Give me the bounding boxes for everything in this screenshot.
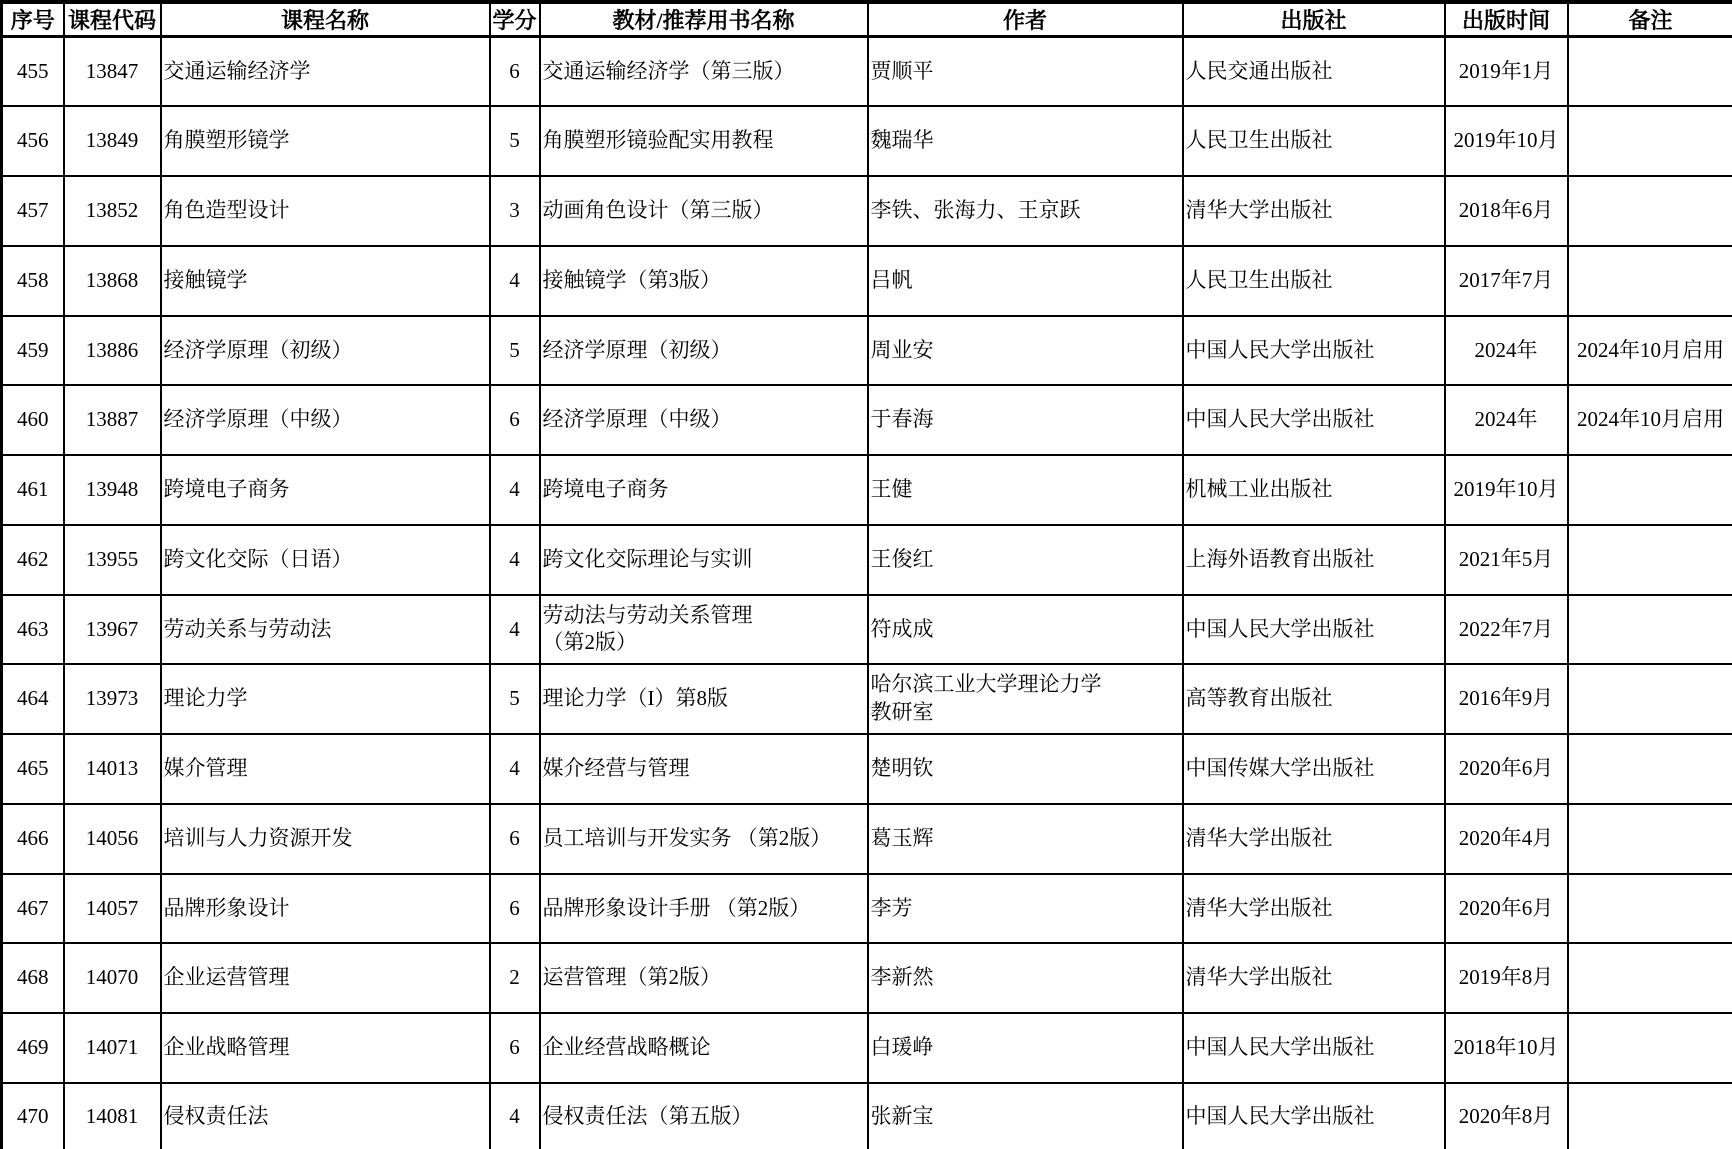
cell-textbook: 经济学原理（初级） bbox=[540, 316, 868, 386]
cell-code: 14081 bbox=[64, 1083, 161, 1149]
cell-no: 467 bbox=[2, 874, 64, 944]
cell-date: 2018年6月 bbox=[1445, 176, 1568, 246]
cell-no: 461 bbox=[2, 455, 64, 525]
cell-remark bbox=[1568, 106, 1732, 176]
cell-author: 白瑗峥 bbox=[868, 1013, 1183, 1083]
cell-no: 459 bbox=[2, 316, 64, 386]
cell-code: 13955 bbox=[64, 525, 161, 595]
textbook-table: 序号 课程代码 课程名称 学分 教材/推荐用书名称 作者 出版社 出版时间 备注… bbox=[0, 0, 1732, 1149]
cell-author: 周业安 bbox=[868, 316, 1183, 386]
table-header-row: 序号 课程代码 课程名称 学分 教材/推荐用书名称 作者 出版社 出版时间 备注 bbox=[2, 2, 1732, 37]
cell-remark bbox=[1568, 37, 1732, 107]
table-row: 46814070企业运营管理2运营管理（第2版）李新然清华大学出版社2019年8… bbox=[2, 943, 1732, 1013]
cell-remark: 2024年10月启用 bbox=[1568, 316, 1732, 386]
cell-date: 2019年8月 bbox=[1445, 943, 1568, 1013]
cell-publisher: 上海外语教育出版社 bbox=[1183, 525, 1445, 595]
cell-remark bbox=[1568, 1083, 1732, 1149]
cell-textbook: 侵权责任法（第五版） bbox=[540, 1083, 868, 1149]
cell-publisher: 中国人民大学出版社 bbox=[1183, 316, 1445, 386]
cell-textbook: 跨境电子商务 bbox=[540, 455, 868, 525]
cell-date: 2020年6月 bbox=[1445, 734, 1568, 804]
cell-remark bbox=[1568, 804, 1732, 874]
cell-remark: 2024年10月启用 bbox=[1568, 385, 1732, 455]
cell-code: 13868 bbox=[64, 246, 161, 316]
cell-date: 2017年7月 bbox=[1445, 246, 1568, 316]
cell-no: 458 bbox=[2, 246, 64, 316]
cell-author: 李芳 bbox=[868, 874, 1183, 944]
cell-code: 13967 bbox=[64, 595, 161, 665]
cell-course: 培训与人力资源开发 bbox=[161, 804, 490, 874]
cell-textbook: 理论力学（I）第8版 bbox=[540, 664, 868, 734]
cell-course: 角膜塑形镜学 bbox=[161, 106, 490, 176]
cell-publisher: 清华大学出版社 bbox=[1183, 176, 1445, 246]
cell-code: 14013 bbox=[64, 734, 161, 804]
cell-textbook: 动画角色设计（第三版） bbox=[540, 176, 868, 246]
cell-course: 角色造型设计 bbox=[161, 176, 490, 246]
cell-code: 13849 bbox=[64, 106, 161, 176]
cell-credits: 4 bbox=[490, 246, 540, 316]
cell-code: 13852 bbox=[64, 176, 161, 246]
table-row: 45513847交通运输经济学6交通运输经济学（第三版）贾顺平人民交通出版社20… bbox=[2, 37, 1732, 107]
table-body: 45513847交通运输经济学6交通运输经济学（第三版）贾顺平人民交通出版社20… bbox=[2, 37, 1732, 1149]
cell-no: 470 bbox=[2, 1083, 64, 1149]
cell-course: 劳动关系与劳动法 bbox=[161, 595, 490, 665]
cell-credits: 4 bbox=[490, 734, 540, 804]
cell-date: 2020年6月 bbox=[1445, 874, 1568, 944]
cell-author: 符成成 bbox=[868, 595, 1183, 665]
table-row: 46213955跨文化交际（日语）4跨文化交际理论与实训王俊红上海外语教育出版社… bbox=[2, 525, 1732, 595]
cell-author: 王健 bbox=[868, 455, 1183, 525]
cell-date: 2021年5月 bbox=[1445, 525, 1568, 595]
col-header-credits: 学分 bbox=[490, 2, 540, 37]
cell-remark bbox=[1568, 874, 1732, 944]
cell-no: 460 bbox=[2, 385, 64, 455]
cell-date: 2024年 bbox=[1445, 316, 1568, 386]
cell-author: 李铁、张海力、王京跃 bbox=[868, 176, 1183, 246]
cell-textbook: 接触镜学（第3版） bbox=[540, 246, 868, 316]
cell-no: 464 bbox=[2, 664, 64, 734]
col-header-date: 出版时间 bbox=[1445, 2, 1568, 37]
cell-course: 媒介管理 bbox=[161, 734, 490, 804]
table-row: 45813868接触镜学4接触镜学（第3版）吕帆人民卫生出版社2017年7月 bbox=[2, 246, 1732, 316]
cell-author: 于春海 bbox=[868, 385, 1183, 455]
cell-remark bbox=[1568, 455, 1732, 525]
cell-credits: 6 bbox=[490, 874, 540, 944]
cell-textbook: 角膜塑形镜验配实用教程 bbox=[540, 106, 868, 176]
col-header-code: 课程代码 bbox=[64, 2, 161, 37]
cell-no: 468 bbox=[2, 943, 64, 1013]
cell-textbook: 交通运输经济学（第三版） bbox=[540, 37, 868, 107]
cell-date: 2019年1月 bbox=[1445, 37, 1568, 107]
cell-date: 2024年 bbox=[1445, 385, 1568, 455]
cell-textbook: 媒介经营与管理 bbox=[540, 734, 868, 804]
cell-publisher: 人民交通出版社 bbox=[1183, 37, 1445, 107]
cell-no: 462 bbox=[2, 525, 64, 595]
cell-remark bbox=[1568, 595, 1732, 665]
cell-remark bbox=[1568, 734, 1732, 804]
cell-author: 张新宝 bbox=[868, 1083, 1183, 1149]
cell-course: 企业运营管理 bbox=[161, 943, 490, 1013]
cell-publisher: 中国人民大学出版社 bbox=[1183, 595, 1445, 665]
table-row: 46413973理论力学5理论力学（I）第8版哈尔滨工业大学理论力学 教研室高等… bbox=[2, 664, 1732, 734]
cell-code: 14071 bbox=[64, 1013, 161, 1083]
cell-publisher: 清华大学出版社 bbox=[1183, 874, 1445, 944]
cell-course: 侵权责任法 bbox=[161, 1083, 490, 1149]
cell-remark bbox=[1568, 664, 1732, 734]
table-row: 46514013媒介管理4媒介经营与管理楚明钦中国传媒大学出版社2020年6月 bbox=[2, 734, 1732, 804]
cell-no: 457 bbox=[2, 176, 64, 246]
cell-publisher: 人民卫生出版社 bbox=[1183, 106, 1445, 176]
cell-author: 葛玉辉 bbox=[868, 804, 1183, 874]
cell-publisher: 中国人民大学出版社 bbox=[1183, 1013, 1445, 1083]
cell-publisher: 人民卫生出版社 bbox=[1183, 246, 1445, 316]
cell-course: 理论力学 bbox=[161, 664, 490, 734]
cell-author: 魏瑞华 bbox=[868, 106, 1183, 176]
cell-no: 455 bbox=[2, 37, 64, 107]
table-row: 46714057品牌形象设计6品牌形象设计手册 （第2版）李芳清华大学出版社20… bbox=[2, 874, 1732, 944]
col-header-remark: 备注 bbox=[1568, 2, 1732, 37]
cell-course: 经济学原理（初级） bbox=[161, 316, 490, 386]
cell-course: 跨境电子商务 bbox=[161, 455, 490, 525]
cell-publisher: 清华大学出版社 bbox=[1183, 943, 1445, 1013]
cell-no: 469 bbox=[2, 1013, 64, 1083]
table-row: 46614056培训与人力资源开发6员工培训与开发实务 （第2版）葛玉辉清华大学… bbox=[2, 804, 1732, 874]
col-header-publisher: 出版社 bbox=[1183, 2, 1445, 37]
cell-remark bbox=[1568, 525, 1732, 595]
cell-credits: 3 bbox=[490, 176, 540, 246]
table-row: 46313967劳动关系与劳动法4劳动法与劳动关系管理 （第2版）符成成中国人民… bbox=[2, 595, 1732, 665]
table-row: 46914071企业战略管理6企业经营战略概论白瑗峥中国人民大学出版社2018年… bbox=[2, 1013, 1732, 1083]
cell-publisher: 机械工业出版社 bbox=[1183, 455, 1445, 525]
cell-textbook: 员工培训与开发实务 （第2版） bbox=[540, 804, 868, 874]
cell-credits: 6 bbox=[490, 385, 540, 455]
table-row: 45913886经济学原理（初级）5经济学原理（初级）周业安中国人民大学出版社2… bbox=[2, 316, 1732, 386]
col-header-course: 课程名称 bbox=[161, 2, 490, 37]
cell-credits: 4 bbox=[490, 525, 540, 595]
cell-date: 2019年10月 bbox=[1445, 455, 1568, 525]
cell-no: 465 bbox=[2, 734, 64, 804]
cell-publisher: 中国传媒大学出版社 bbox=[1183, 734, 1445, 804]
cell-course: 经济学原理（中级） bbox=[161, 385, 490, 455]
cell-author: 王俊红 bbox=[868, 525, 1183, 595]
cell-code: 13886 bbox=[64, 316, 161, 386]
cell-publisher: 中国人民大学出版社 bbox=[1183, 385, 1445, 455]
cell-textbook: 企业经营战略概论 bbox=[540, 1013, 868, 1083]
cell-no: 466 bbox=[2, 804, 64, 874]
table-row: 47014081侵权责任法4侵权责任法（第五版）张新宝中国人民大学出版社2020… bbox=[2, 1083, 1732, 1149]
cell-course: 企业战略管理 bbox=[161, 1013, 490, 1083]
cell-credits: 4 bbox=[490, 595, 540, 665]
cell-author: 楚明钦 bbox=[868, 734, 1183, 804]
cell-publisher: 中国人民大学出版社 bbox=[1183, 1083, 1445, 1149]
cell-textbook: 运营管理（第2版） bbox=[540, 943, 868, 1013]
cell-credits: 4 bbox=[490, 455, 540, 525]
cell-textbook: 跨文化交际理论与实训 bbox=[540, 525, 868, 595]
cell-date: 2022年7月 bbox=[1445, 595, 1568, 665]
cell-publisher: 清华大学出版社 bbox=[1183, 804, 1445, 874]
cell-date: 2016年9月 bbox=[1445, 664, 1568, 734]
cell-date: 2020年4月 bbox=[1445, 804, 1568, 874]
cell-author: 吕帆 bbox=[868, 246, 1183, 316]
cell-no: 456 bbox=[2, 106, 64, 176]
cell-remark bbox=[1568, 1013, 1732, 1083]
cell-code: 14056 bbox=[64, 804, 161, 874]
col-header-textbook: 教材/推荐用书名称 bbox=[540, 2, 868, 37]
cell-author: 李新然 bbox=[868, 943, 1183, 1013]
cell-credits: 5 bbox=[490, 316, 540, 386]
cell-code: 14070 bbox=[64, 943, 161, 1013]
col-header-no: 序号 bbox=[2, 2, 64, 37]
cell-credits: 5 bbox=[490, 664, 540, 734]
cell-author: 哈尔滨工业大学理论力学 教研室 bbox=[868, 664, 1183, 734]
cell-code: 13948 bbox=[64, 455, 161, 525]
cell-remark bbox=[1568, 246, 1732, 316]
cell-remark bbox=[1568, 943, 1732, 1013]
cell-no: 463 bbox=[2, 595, 64, 665]
cell-credits: 6 bbox=[490, 804, 540, 874]
cell-course: 跨文化交际（日语） bbox=[161, 525, 490, 595]
cell-code: 14057 bbox=[64, 874, 161, 944]
cell-credits: 6 bbox=[490, 1013, 540, 1083]
cell-textbook: 经济学原理（中级） bbox=[540, 385, 868, 455]
cell-course: 接触镜学 bbox=[161, 246, 490, 316]
table-row: 45713852角色造型设计3动画角色设计（第三版）李铁、张海力、王京跃清华大学… bbox=[2, 176, 1732, 246]
cell-credits: 4 bbox=[490, 1083, 540, 1149]
cell-code: 13973 bbox=[64, 664, 161, 734]
cell-date: 2018年10月 bbox=[1445, 1013, 1568, 1083]
cell-remark bbox=[1568, 176, 1732, 246]
cell-code: 13847 bbox=[64, 37, 161, 107]
col-header-author: 作者 bbox=[868, 2, 1183, 37]
cell-date: 2020年8月 bbox=[1445, 1083, 1568, 1149]
cell-course: 交通运输经济学 bbox=[161, 37, 490, 107]
cell-publisher: 高等教育出版社 bbox=[1183, 664, 1445, 734]
table-row: 45613849角膜塑形镜学5角膜塑形镜验配实用教程魏瑞华人民卫生出版社2019… bbox=[2, 106, 1732, 176]
cell-author: 贾顺平 bbox=[868, 37, 1183, 107]
cell-textbook: 劳动法与劳动关系管理 （第2版） bbox=[540, 595, 868, 665]
table-row: 46113948跨境电子商务4跨境电子商务王健机械工业出版社2019年10月 bbox=[2, 455, 1732, 525]
cell-code: 13887 bbox=[64, 385, 161, 455]
cell-textbook: 品牌形象设计手册 （第2版） bbox=[540, 874, 868, 944]
cell-course: 品牌形象设计 bbox=[161, 874, 490, 944]
cell-credits: 6 bbox=[490, 37, 540, 107]
table-row: 46013887经济学原理（中级）6经济学原理（中级）于春海中国人民大学出版社2… bbox=[2, 385, 1732, 455]
cell-date: 2019年10月 bbox=[1445, 106, 1568, 176]
cell-credits: 5 bbox=[490, 106, 540, 176]
cell-credits: 2 bbox=[490, 943, 540, 1013]
